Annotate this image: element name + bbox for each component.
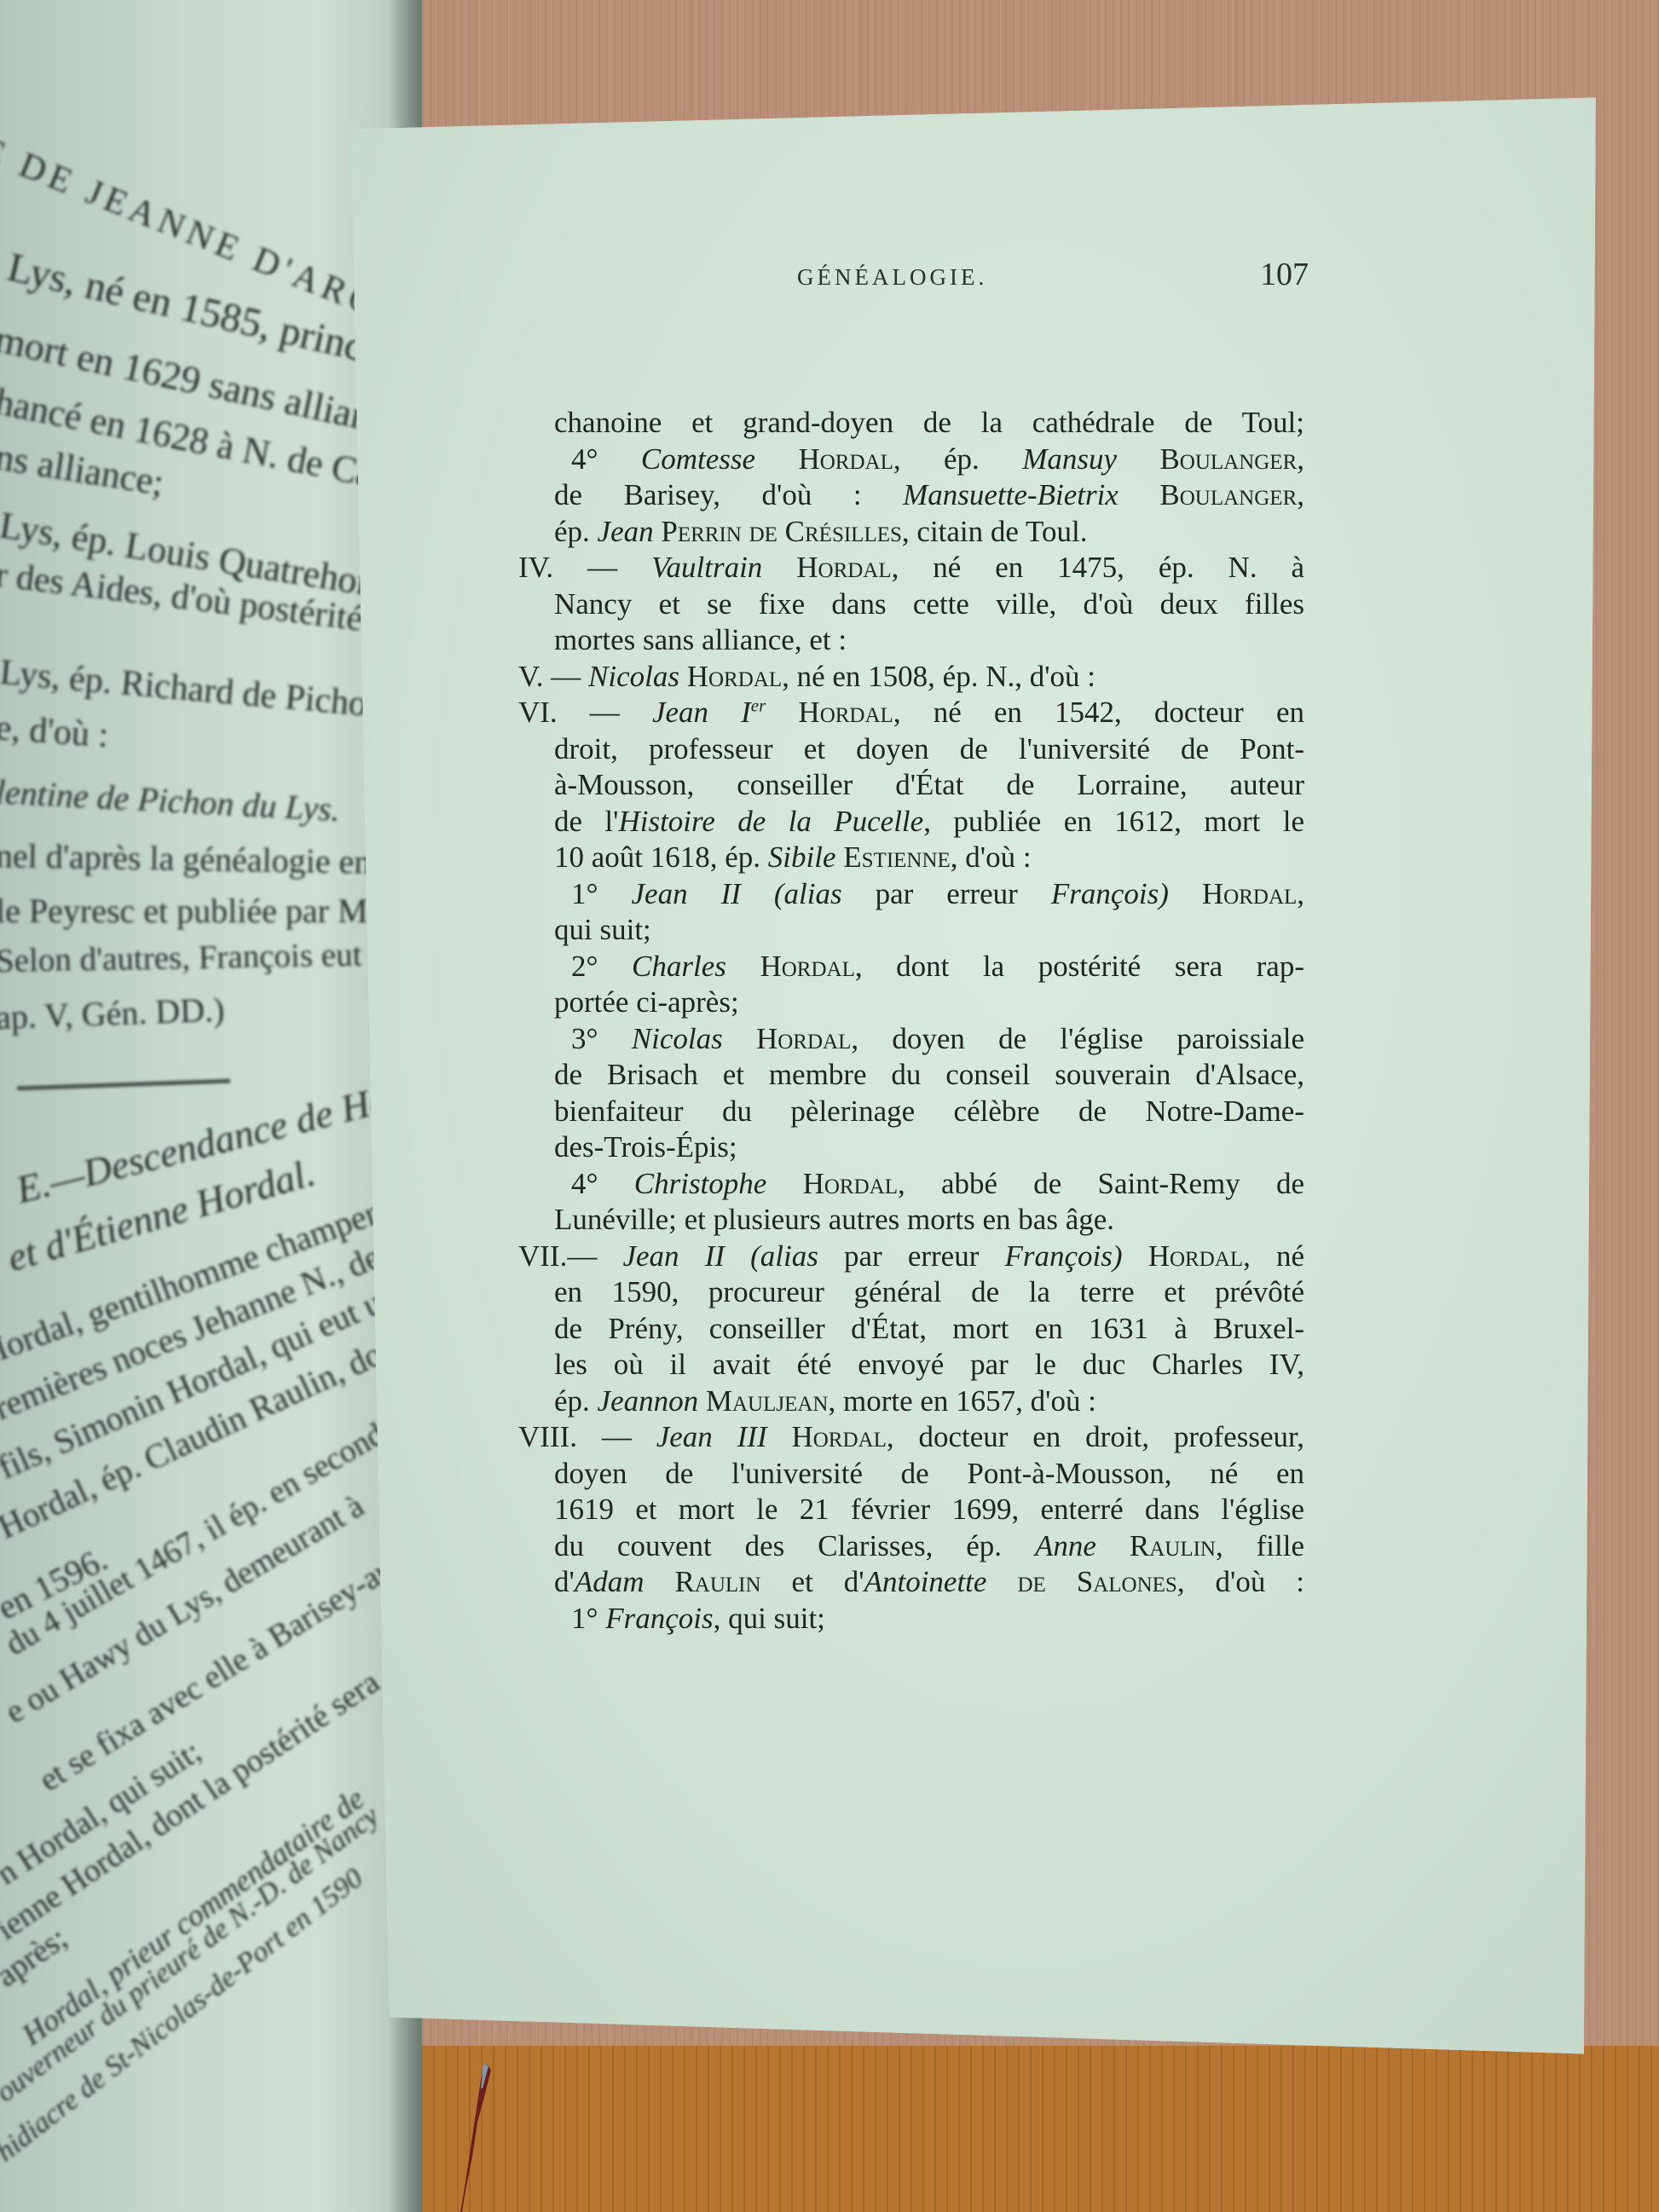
left-line: nel d'après la généalogie emprun- bbox=[0, 835, 422, 883]
wooden-table-surface bbox=[409, 2046, 1659, 2212]
text-line: 1° François, qui suit; bbox=[554, 1601, 1304, 1637]
text-line: 1° Jean II (alias par erreur François) H… bbox=[554, 876, 1304, 913]
text-line: de Barisey, d'où : Mansuette-Bietrix Bou… bbox=[554, 477, 1304, 514]
text-line: Lunéville; et plusieurs autres morts en … bbox=[554, 1202, 1304, 1239]
section-divider bbox=[17, 1079, 230, 1091]
text-line: 3° Nicolas Hordal, doyen de l'église par… bbox=[554, 1021, 1304, 1058]
left-line: le Peyresc et publiée par M. Va- bbox=[0, 891, 422, 931]
text-line: 4° Christophe Hordal, abbé de Saint-Remy… bbox=[554, 1166, 1304, 1203]
text-line: ép. Jeannon Mauljean, morte en 1657, d'o… bbox=[554, 1383, 1304, 1420]
generation-entry-vii: VII.— Jean II (alias par erreur François… bbox=[518, 1239, 1304, 1275]
text-line: qui suit; bbox=[554, 912, 1304, 949]
text-line: les où il avait été envoyé par le duc Ch… bbox=[554, 1347, 1304, 1383]
text-line: chanoine et grand-doyen de la cathédrale… bbox=[554, 405, 1304, 442]
text-line: 4° Comtesse Hordal, ép. Mansuy Boulanger… bbox=[554, 442, 1304, 478]
text-line: de l'Histoire de la Pucelle, publiée en … bbox=[554, 804, 1304, 840]
text-line: du couvent des Clarisses, ép. Anne Rauli… bbox=[554, 1528, 1304, 1565]
generation-entry-vi: VI. — Jean Ier Hordal, né en 1542, docte… bbox=[518, 695, 1304, 731]
running-head-title: GÉNÉALOGIE. bbox=[797, 264, 987, 291]
text-line: doyen de l'université de Pont-à-Mousson,… bbox=[554, 1456, 1304, 1493]
left-line: lentine de Pichon du Lys. bbox=[0, 771, 341, 829]
running-head: GÉNÉALOGIE. 107 bbox=[465, 256, 1309, 293]
generation-entry-viii: VIII. — Jean III Hordal, docteur en droi… bbox=[518, 1419, 1304, 1456]
text-line: en 1590, procureur général de la terre e… bbox=[554, 1274, 1304, 1311]
text-line: 10 août 1618, ép. Sibile Estienne, d'où … bbox=[554, 840, 1304, 876]
text-line: des-Trois-Épis; bbox=[554, 1129, 1304, 1166]
bookmark-ribbon bbox=[460, 2063, 494, 2212]
generation-entry-v: V. — Nicolas Hordal, né en 1508, ép. N.,… bbox=[518, 659, 1304, 696]
text-line: Nancy et se fixe dans cette ville, d'où … bbox=[554, 586, 1304, 623]
genealogy-text: chanoine et grand-doyen de la cathédrale… bbox=[554, 405, 1304, 1637]
text-line: d'Adam Raulin et d'Antoinette de Salones… bbox=[554, 1564, 1304, 1601]
text-line: de Prény, conseiller d'État, mort en 163… bbox=[554, 1311, 1304, 1348]
text-line: 2° Charles Hordal, dont la postérité ser… bbox=[554, 949, 1304, 985]
generation-entry-iv: IV. — Vaultrain Hordal, né en 1475, ép. … bbox=[518, 550, 1304, 586]
text-line: bienfaiteur du pèlerinage célèbre de Not… bbox=[554, 1094, 1304, 1130]
text-line: à-Mousson, conseiller d'État de Lorraine… bbox=[554, 767, 1304, 804]
text-line: 1619 et mort le 21 février 1699, enterré… bbox=[554, 1492, 1304, 1528]
left-line: Selon d'autres, François eut posté- bbox=[0, 934, 422, 980]
text-line: ép. Jean Perrin de Crésilles, citain de … bbox=[554, 514, 1304, 551]
text-line: mortes sans alliance, et : bbox=[554, 622, 1304, 659]
text-line: droit, professeur et doyen de l'universi… bbox=[554, 731, 1304, 768]
left-line: e, d'où : bbox=[0, 707, 110, 756]
page-number: 107 bbox=[1260, 256, 1309, 293]
left-line: ap. V, Gén. DD.) bbox=[0, 990, 225, 1037]
text-line: de Brisach et membre du conseil souverai… bbox=[554, 1057, 1304, 1094]
text-line: portée ci-après; bbox=[554, 985, 1304, 1021]
